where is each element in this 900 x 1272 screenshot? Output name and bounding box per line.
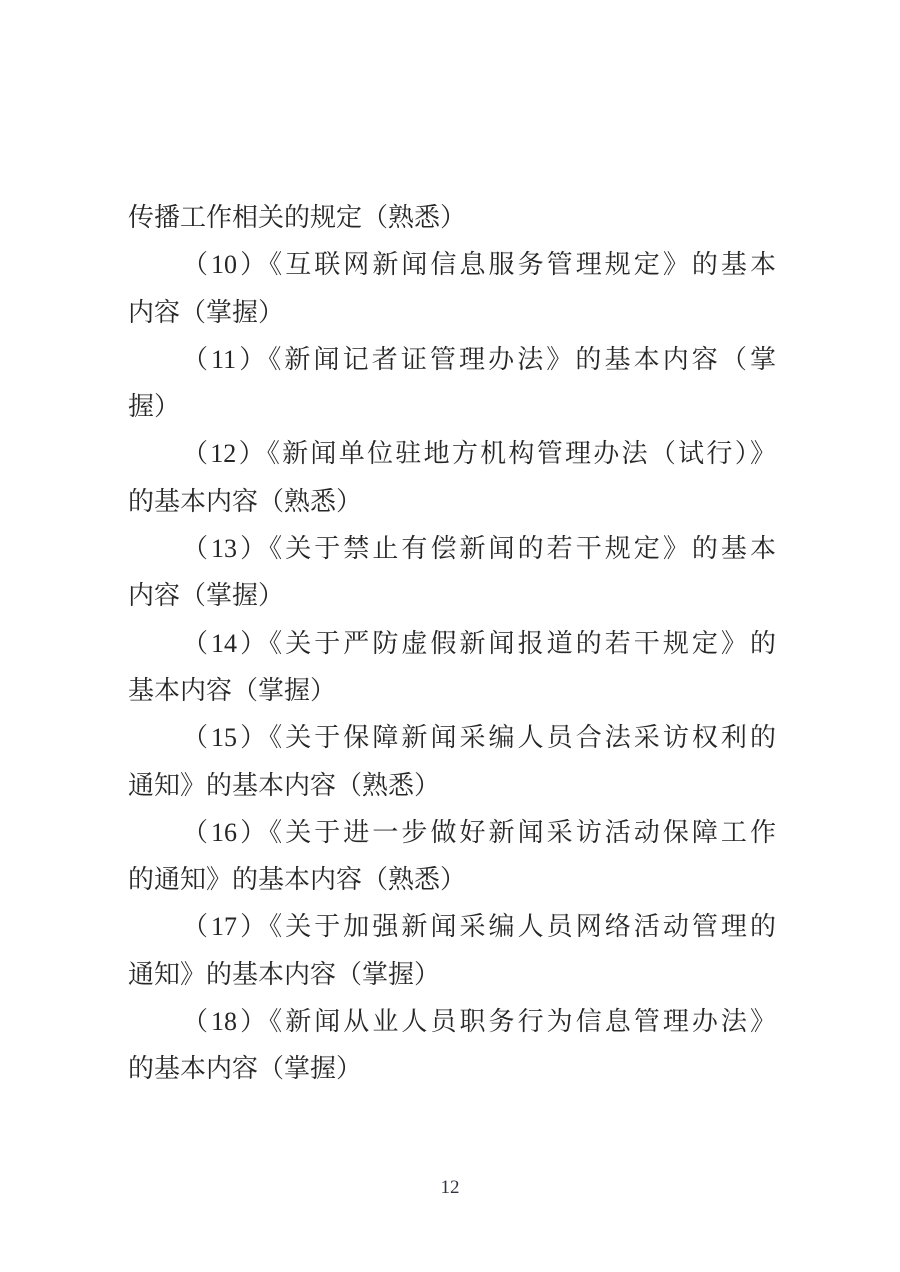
text-line: 通知》的基本内容（掌握） [128, 951, 776, 998]
text-line: （12）《新闻单位驻地方机构管理办法（试行）》 [128, 430, 776, 477]
text-line: （13）《关于禁止有偿新闻的若干规定》的基本 [128, 525, 776, 572]
text-line: 基本内容（掌握） [128, 667, 776, 714]
text-line: 内容（掌握） [128, 572, 776, 619]
text-line: （15）《关于保障新闻采编人员合法采访权利的 [128, 714, 776, 761]
text-line: （14）《关于严防虚假新闻报道的若干规定》的 [128, 620, 776, 667]
text-line: （11）《新闻记者证管理办法》的基本内容（掌 [128, 336, 776, 383]
text-line: 的通知》的基本内容（熟悉） [128, 856, 776, 903]
text-line: 的基本内容（熟悉） [128, 478, 776, 525]
text-line: 传播工作相关的规定（熟悉） [128, 194, 776, 241]
text-line: （16）《关于进一步做好新闻采访活动保障工作 [128, 809, 776, 856]
text-line: （17）《关于加强新闻采编人员网络活动管理的 [128, 903, 776, 950]
text-line: 内容（掌握） [128, 289, 776, 336]
document-page: 传播工作相关的规定（熟悉） （10）《互联网新闻信息服务管理规定》的基本 内容（… [0, 0, 900, 1272]
text-line: 通知》的基本内容（熟悉） [128, 762, 776, 809]
text-line: （18）《新闻从业人员职务行为信息管理办法》 [128, 998, 776, 1045]
text-line: （10）《互联网新闻信息服务管理规定》的基本 [128, 241, 776, 288]
text-line: 握） [128, 383, 776, 430]
page-number: 12 [0, 1176, 900, 1200]
body-text: 传播工作相关的规定（熟悉） （10）《互联网新闻信息服务管理规定》的基本 内容（… [128, 194, 776, 1093]
text-line: 的基本内容（掌握） [128, 1045, 776, 1092]
